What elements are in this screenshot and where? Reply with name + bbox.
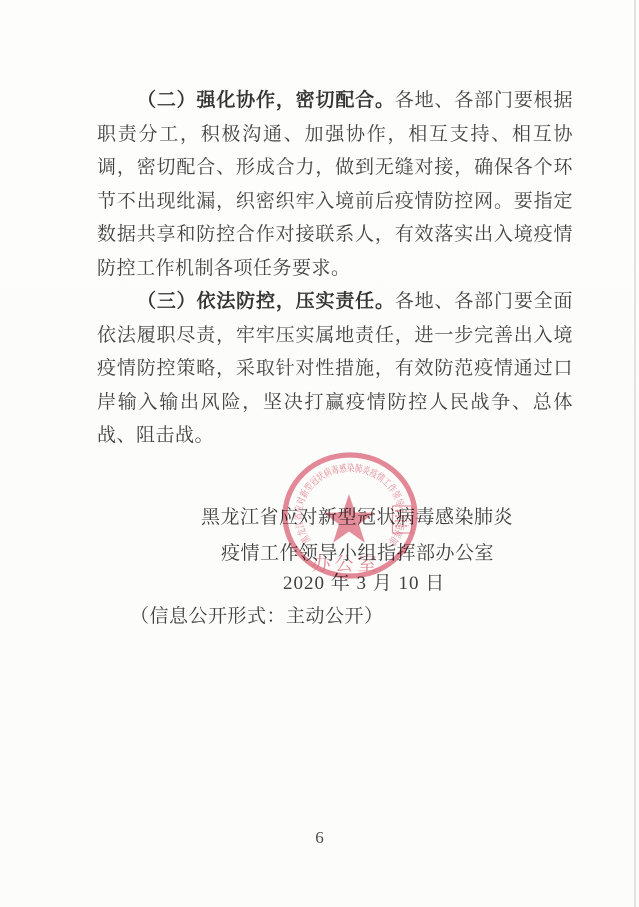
paragraph-text: 各地、各部门要根据职责分工，积极沟通、加强协作，相互支持、相互协调，密切配合、形… [97,90,573,279]
paragraph-heading: （二）强化协作，密切配合。 [137,90,395,111]
paragraph-heading: （三）依法防控，压实责任。 [137,291,395,312]
page-number: 6 [0,828,639,848]
document-body: （二）强化协作，密切配合。各地、各部门要根据职责分工，积极沟通、加强协作，相互支… [97,84,573,453]
scanned-document-page: （二）强化协作，密切配合。各地、各部门要根据职责分工，积极沟通、加强协作，相互支… [0,0,639,907]
seal-center-text: 办公室 [311,553,380,575]
official-seal: 黑龙江省应对新型冠状病毒感染肺炎疫情工作领导小组指挥部 办公室 [262,428,442,598]
paragraph-text: 各地、各部门要全面依法履职尽责，牢牢压实属地责任，进一步完善出入境疫情防控策略，… [97,291,573,446]
paragraph-strengthen-collaboration: （二）强化协作，密切配合。各地、各部门要根据职责分工，积极沟通、加强协作，相互支… [97,84,573,285]
disclosure-note: （信息公开形式：主动公开） [130,601,384,628]
scan-edge-artifact [634,0,636,907]
seal-star-icon [323,494,374,543]
